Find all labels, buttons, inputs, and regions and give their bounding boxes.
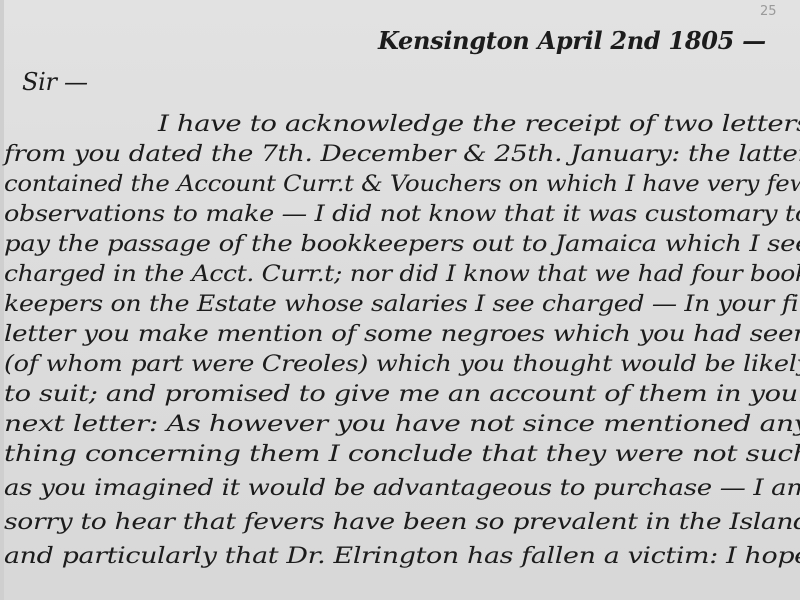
letter-line-3: contained the Account Curr.t & Vouchers … <box>4 172 800 197</box>
letter-line-6: charged in the Acct. Curr.t; nor did I k… <box>4 262 800 287</box>
letter-line-9: (of whom part were Creoles) which you th… <box>4 352 800 377</box>
letter-line-15: and particularly that Dr. Elrington has … <box>4 544 800 569</box>
salutation: Sir — <box>22 68 88 96</box>
dateline: Kensington April 2nd 1805 — <box>378 26 766 55</box>
letter-line-2: from you dated the 7th. December & 25th.… <box>4 142 800 167</box>
folio-number: 25 <box>760 4 777 19</box>
manuscript-page: 25 Kensington April 2nd 1805 — Sir — I h… <box>0 0 800 600</box>
letter-line-1: I have to acknowledge the receipt of two… <box>158 112 800 137</box>
letter-line-5: pay the passage of the bookkeepers out t… <box>4 232 800 257</box>
letter-line-13: as you imagined it would be advantageous… <box>4 476 800 501</box>
letter-line-14: sorry to hear that fevers have been so p… <box>4 510 800 535</box>
letter-line-12: thing concerning them I conclude that th… <box>4 442 800 467</box>
letter-line-10: to suit; and promised to give me an acco… <box>4 382 800 407</box>
letter-line-4: observations to make — I did not know th… <box>4 202 800 227</box>
letter-line-7: keepers on the Estate whose salaries I s… <box>4 292 800 317</box>
letter-line-11: next letter: As however you have not sin… <box>4 412 800 437</box>
letter-line-8: letter you make mention of some negroes … <box>4 322 800 347</box>
